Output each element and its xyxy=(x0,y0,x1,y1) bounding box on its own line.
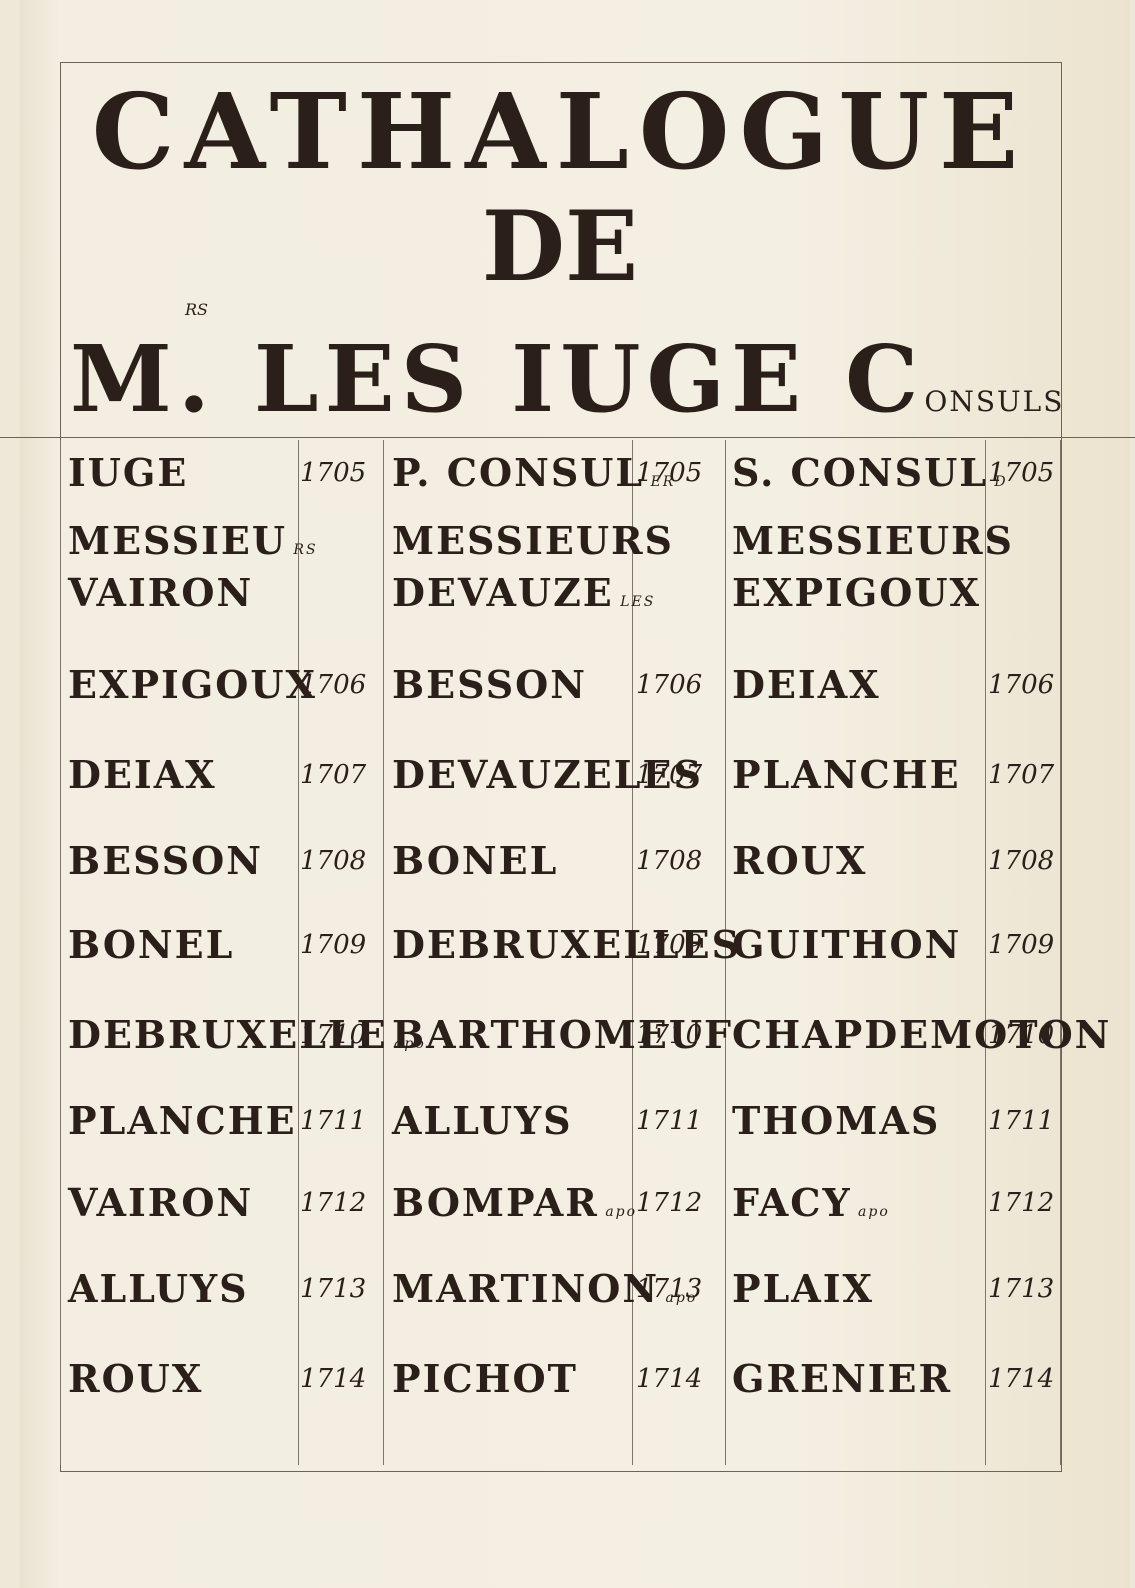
register-year: 1714 xyxy=(300,1364,366,1394)
register-name: GUITHON xyxy=(732,922,961,967)
register-name: MESSIEURS xyxy=(732,518,1014,563)
register-name: ROUX xyxy=(68,1356,203,1401)
register-name: MESSIEU RS xyxy=(68,518,318,563)
register-year: 1713 xyxy=(300,1274,366,1304)
column-rule xyxy=(60,440,61,1465)
register-year: 1709 xyxy=(636,930,702,960)
document-subtitle: M. LES IUGE CONSULS xyxy=(70,325,1064,433)
subtitle-consuls: ONSULS xyxy=(924,385,1064,418)
register-year: 1707 xyxy=(636,760,702,790)
superscript-abbrev: RS xyxy=(287,542,318,558)
register-year: 1711 xyxy=(636,1106,702,1136)
register-year: 1705 xyxy=(636,458,702,488)
register-name: GRENIER xyxy=(732,1356,952,1401)
register-name: PLAIX xyxy=(732,1266,874,1311)
register-year: 1711 xyxy=(300,1106,366,1136)
register-name: ALLUYS xyxy=(68,1266,249,1311)
register-name: BESSON xyxy=(392,662,587,707)
register-name: CHAPDEMOTON xyxy=(732,1012,1111,1057)
register-year: 1712 xyxy=(300,1188,366,1218)
register-year: 1706 xyxy=(636,670,702,700)
register-year: 1706 xyxy=(300,670,366,700)
register-year: 1709 xyxy=(988,930,1054,960)
register-name: FACY apo xyxy=(732,1180,890,1225)
register-name: DEBRUXELLE apo xyxy=(68,1012,426,1057)
register-name: BOMPAR apo xyxy=(392,1180,637,1225)
register-year: 1708 xyxy=(988,846,1054,876)
register-name: DEIAX xyxy=(68,752,217,797)
register-year: 1714 xyxy=(988,1364,1054,1394)
superscript-abbrev: apo xyxy=(599,1204,637,1220)
register-year: 1711 xyxy=(988,1106,1054,1136)
subtitle-main: M. LES IUGE xyxy=(70,325,807,433)
register-year: 1705 xyxy=(988,458,1054,488)
rs-abbreviation: RS xyxy=(185,300,208,319)
register-name: BESSON xyxy=(68,838,263,883)
register-year: 1708 xyxy=(636,846,702,876)
column-rule xyxy=(985,440,986,1465)
register-year: 1705 xyxy=(300,458,366,488)
register-year: 1713 xyxy=(988,1274,1054,1304)
register-year: 1710 xyxy=(988,1020,1054,1050)
register-year: 1707 xyxy=(300,760,366,790)
register-year: 1707 xyxy=(988,760,1054,790)
register-name: DEIAX xyxy=(732,662,881,707)
register-year: 1710 xyxy=(636,1020,702,1050)
superscript-abbrev: apo xyxy=(852,1204,890,1220)
column-rule xyxy=(1060,440,1061,1465)
register-year: 1712 xyxy=(636,1188,702,1218)
column-rule xyxy=(298,440,299,1465)
subtitle-c: C xyxy=(845,325,924,433)
register-name: BONEL xyxy=(68,922,234,967)
register-name: DEVAUZE LES xyxy=(392,570,655,615)
register-year: 1714 xyxy=(636,1364,702,1394)
document-title: CATHALOGUE xyxy=(60,70,1060,193)
column-rule xyxy=(383,440,384,1465)
header-divider xyxy=(0,437,1135,438)
register-name: VAIRON xyxy=(68,570,253,615)
register-name: BONEL xyxy=(392,838,558,883)
register-name: ROUX xyxy=(732,838,867,883)
register-name: PICHOT xyxy=(392,1356,578,1401)
register-name: EXPIGOUX xyxy=(68,662,317,707)
register-name: EXPIGOUX xyxy=(732,570,981,615)
register-name: VAIRON xyxy=(68,1180,253,1225)
register-year: 1708 xyxy=(300,846,366,876)
register-name: PLANCHE xyxy=(732,752,961,797)
document-title-de: DE xyxy=(60,190,1060,303)
register-year: 1713 xyxy=(636,1274,702,1304)
register-year: 1709 xyxy=(300,930,366,960)
register-name: S. CONSUL D xyxy=(732,450,1008,495)
register-name: PLANCHE xyxy=(68,1098,297,1143)
register-year: 1706 xyxy=(988,670,1054,700)
register-name: THOMAS xyxy=(732,1098,940,1143)
register-year: 1710 xyxy=(300,1020,366,1050)
register-name: IUGE xyxy=(68,450,188,495)
superscript-abbrev: LES xyxy=(614,594,656,610)
register-name: MESSIEURS xyxy=(392,518,674,563)
register-name: ALLUYS xyxy=(392,1098,573,1143)
register-year: 1712 xyxy=(988,1188,1054,1218)
register-name: P. CONSUL ER xyxy=(392,450,675,495)
